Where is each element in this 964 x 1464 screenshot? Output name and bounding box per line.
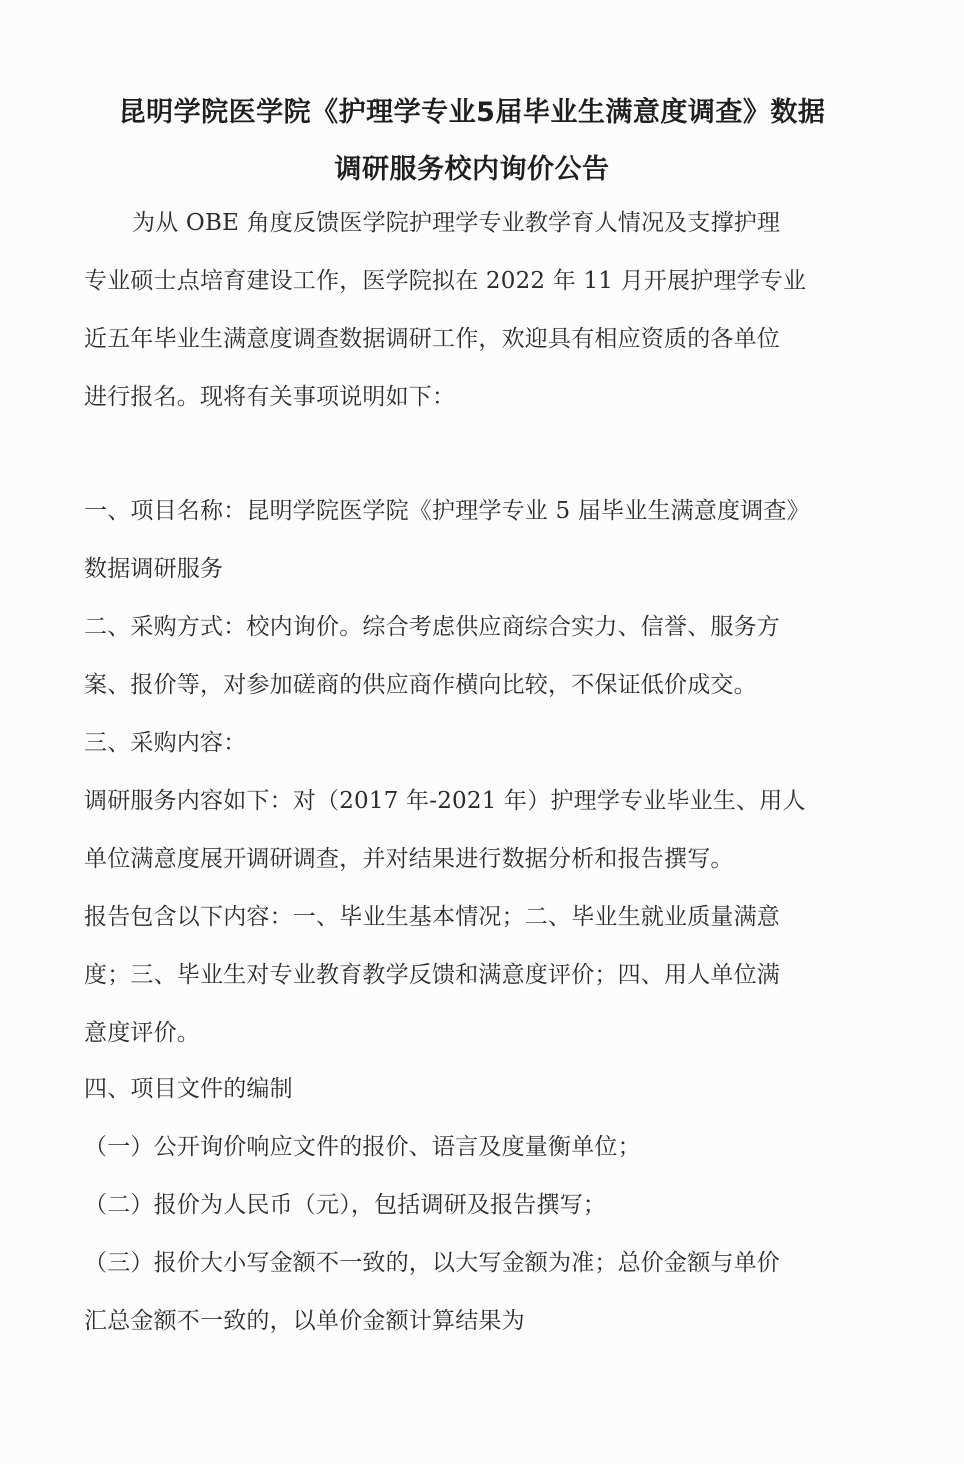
section-3-content-line-2: 单位满意度展开调研调查，并对结果进行数据分析和报告撰写。 bbox=[84, 844, 734, 874]
section-2-procurement-method-line-1: 二、采购方式：校内询价。综合考虑供应商综合实力、信誉、服务方 bbox=[84, 612, 780, 642]
section-3-heading: 三、采购内容： bbox=[84, 728, 246, 758]
intro-paragraph-line-3: 近五年毕业生满意度调查数据调研工作，欢迎具有相应资质的各单位 bbox=[84, 324, 780, 354]
section-3-report-line-1: 报告包含以下内容：一、毕业生基本情况；二、毕业生就业质量满意 bbox=[84, 902, 780, 932]
document-page: 昆明学院医学院《护理学专业5届毕业生满意度调查》数据 调研服务校内询价公告 为从… bbox=[0, 0, 964, 1464]
section-4-heading: 四、项目文件的编制 bbox=[84, 1074, 293, 1104]
document-title-line-1: 昆明学院医学院《护理学专业5届毕业生满意度调查》数据 bbox=[80, 90, 864, 129]
section-4-item-3-line-1: （三）报价大小写金额不一致的，以大写金额为准；总价金额与单价 bbox=[84, 1248, 780, 1278]
section-1-project-name-line-2: 数据调研服务 bbox=[84, 554, 223, 584]
section-3-report-line-2: 度；三、毕业生对专业教育教学反馈和满意度评价；四、用人单位满 bbox=[84, 960, 780, 990]
document-title-line-2: 调研服务校内询价公告 bbox=[80, 147, 864, 186]
intro-paragraph-line-4: 进行报名。现将有关事项说明如下： bbox=[84, 382, 455, 412]
section-4-item-3-line-2: 汇总金额不一致的，以单价金额计算结果为 bbox=[84, 1306, 525, 1336]
section-4-item-2: （二）报价为人民币（元），包括调研及报告撰写； bbox=[84, 1190, 606, 1220]
section-3-content-line-1: 调研服务内容如下：对（2017 年-2021 年）护理学专业毕业生、用人 bbox=[84, 786, 806, 816]
section-4-item-1: （一）公开询价响应文件的报价、语言及度量衡单位； bbox=[84, 1132, 641, 1162]
section-2-procurement-method-line-2: 案、报价等，对参加磋商的供应商作横向比较，不保证低价成交。 bbox=[84, 670, 757, 700]
intro-paragraph-line-2: 专业硕士点培育建设工作，医学院拟在 2022 年 11 月开展护理学专业 bbox=[84, 266, 806, 296]
section-3-report-line-3: 意度评价。 bbox=[84, 1018, 200, 1048]
intro-paragraph-line-1: 为从 OBE 角度反馈医学院护理学专业教学育人情况及支撑护理 bbox=[132, 208, 780, 238]
section-1-project-name-line-1: 一、项目名称：昆明学院医学院《护理学专业 5 届毕业生满意度调查》 bbox=[84, 496, 810, 526]
